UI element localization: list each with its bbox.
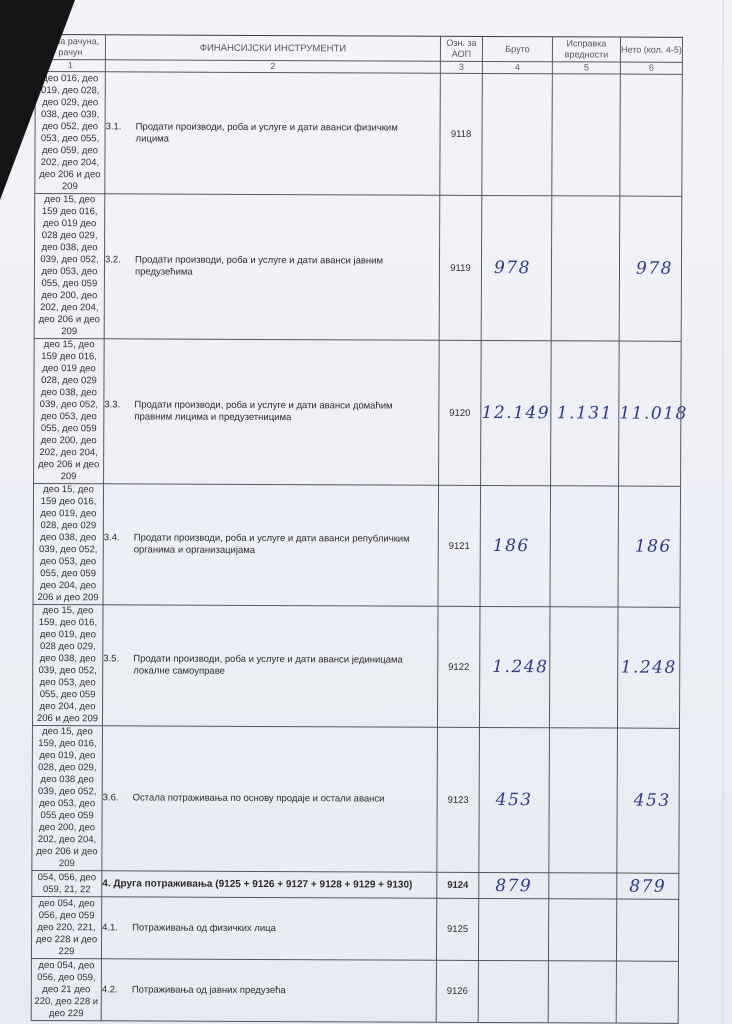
header-financial-instruments: ФИНАНСИЈСКИ ИНСТРУМЕНТИ [105, 35, 440, 61]
header-row: Група рачуна, рачун ФИНАНСИЈСКИ ИНСТРУМЕ… [35, 35, 682, 63]
account-cell: део 15, део 159 део 016, део 019 део 028… [34, 338, 105, 483]
table-row: део 15, део 159 део 016, део 019, део 02… [33, 483, 681, 607]
description-cell: 3.3.Продати производи, роба и услуге и д… [104, 339, 440, 485]
neto-cell[interactable]: 11.018 [619, 341, 682, 486]
neto-cell[interactable]: 186 [618, 486, 681, 607]
description-cell: 4. Друга потраживања (9125 + 9126 + 9127… [102, 871, 437, 898]
neto-cell[interactable] [616, 899, 678, 961]
table-row: део 016, део 019, део 028, део 029, део … [35, 72, 683, 197]
page-edge [722, 0, 724, 1024]
item-label: Продати производи, роба и услуге и дати … [133, 653, 428, 678]
neto-cell[interactable]: 1.248 [617, 607, 680, 728]
item-label: Продати производи, роба и услуге и дати … [134, 532, 429, 557]
aop-cell: 9118 [440, 73, 483, 195]
bruto-cell[interactable]: 12.149 [481, 340, 552, 485]
header-neto: Нето (кол. 4-5) [620, 37, 682, 62]
financial-instruments-table: Група рачуна, рачун ФИНАНСИЈСКИ ИНСТРУМЕ… [31, 34, 683, 1024]
neto-cell[interactable] [620, 74, 683, 196]
ispravka-cell[interactable] [548, 961, 616, 1023]
ispravka-cell[interactable]: 1.131 [551, 341, 620, 486]
header-aop: Озн. за АОП [440, 36, 482, 61]
aop-cell: 9125 [436, 898, 478, 960]
item-number: 3.1. [106, 121, 136, 133]
table-row-total: 054, 056, део 059, 21, 22 4. Друга потра… [32, 870, 679, 899]
account-cell: део 15, део 159, део 016, део 019, део 0… [32, 604, 103, 725]
bruto-cell[interactable]: 1.248 [479, 606, 550, 727]
description-cell: 3.2.Продати производи, роба и услуге и д… [104, 194, 440, 340]
ispravka-cell[interactable] [552, 74, 621, 196]
item-label: Продати производи, роба и услуге и дати … [136, 121, 431, 146]
column-number: 3 [440, 61, 482, 73]
aop-cell: 9121 [438, 485, 481, 606]
bruto-cell[interactable] [478, 960, 548, 1022]
description-cell: 3.1.Продати производи, роба и услуге и д… [105, 72, 441, 195]
ispravka-cell[interactable] [549, 873, 617, 899]
ispravka-cell[interactable] [548, 899, 616, 961]
aop-cell: 9126 [436, 960, 478, 1022]
bruto-cell[interactable]: 879 [479, 872, 549, 898]
item-label: Потраживања од јавних предузећа [132, 984, 427, 997]
item-number: 4.2. [102, 984, 132, 996]
account-cell: део 15, део 159, део 016, део 019, део 0… [32, 725, 103, 870]
item-number: 3.4. [104, 532, 134, 544]
bruto-cell[interactable]: 453 [479, 727, 550, 872]
table-row: део 054, део 056, део 059 део 220, 221, … [31, 896, 678, 961]
table-row: део 054, део 056, део 059, део 21 део 22… [31, 958, 678, 1023]
neto-cell[interactable]: 978 [619, 196, 682, 341]
description-cell: 4.1.Потраживања од физичких лица [101, 897, 436, 960]
account-cell: део 054, део 056, део 059, део 21 део 22… [31, 958, 101, 1020]
aop-cell: 9124 [437, 872, 479, 898]
header-bruto: Бруто [482, 36, 552, 61]
ispravka-cell[interactable] [549, 728, 618, 873]
item-label: Продати производи, роба и услуге и дати … [134, 399, 429, 424]
neto-cell[interactable] [616, 961, 678, 1023]
item-number: 3.5. [103, 653, 133, 665]
column-number: 6 [620, 62, 682, 74]
header-ispravka: Исправка вредности [552, 37, 620, 62]
item-number: 3.2. [105, 254, 135, 266]
column-number: 4 [482, 61, 552, 73]
table-row: део 15, део 159 део 016, део 019 део 028… [34, 338, 682, 486]
item-label: Остала потраживања по основу продаје и о… [133, 792, 428, 805]
account-cell: део 15, део 159 део 016, део 019 део 028… [34, 194, 105, 339]
item-label: Продати производи, роба и услуге и дати … [135, 254, 430, 279]
bruto-cell[interactable] [478, 898, 548, 960]
scan-corner-shadow [0, 0, 75, 200]
item-label: Потраживања од физичких лица [132, 922, 427, 935]
ispravka-cell[interactable] [551, 196, 620, 341]
item-number: 3.3. [104, 399, 134, 411]
item-number: 4.1. [102, 922, 132, 934]
item-number: 3.6. [103, 792, 133, 804]
description-cell: 3.4.Продати производи, роба и услуге и д… [103, 484, 439, 606]
aop-cell: 9123 [437, 727, 480, 872]
bruto-cell[interactable]: 978 [481, 195, 552, 340]
neto-cell[interactable]: 879 [617, 873, 679, 899]
table-row: део 15, део 159, део 016, део 019, део 0… [32, 604, 680, 728]
description-cell: 3.5.Продати производи, роба и услуге и д… [102, 605, 438, 727]
account-cell: део 054, део 056, део 059 део 220, 221, … [31, 896, 101, 958]
aop-cell: 9122 [437, 606, 480, 727]
scanned-page: Група рачуна, рачун ФИНАНСИЈСКИ ИНСТРУМЕ… [0, 0, 732, 1024]
table-row: део 15, део 159 део 016, део 019 део 028… [34, 194, 682, 342]
table-row: део 15, део 159, део 016, део 019, део 0… [32, 725, 680, 873]
description-cell: 3.6.Остала потраживања по основу продаје… [102, 726, 438, 872]
description-cell: 4.2.Потраживања од јавних предузећа [101, 959, 436, 1022]
neto-cell[interactable]: 453 [617, 728, 680, 873]
account-cell: 054, 056, део 059, 21, 22 [32, 870, 102, 896]
bruto-cell[interactable] [482, 73, 553, 195]
aop-cell: 9119 [439, 195, 482, 340]
ispravka-cell[interactable] [550, 486, 619, 607]
column-number: 5 [552, 62, 620, 74]
bruto-cell[interactable]: 186 [480, 485, 551, 606]
account-cell: део 15, део 159 део 016, део 019, део 02… [33, 483, 104, 604]
ispravka-cell[interactable] [549, 607, 618, 728]
aop-cell: 9120 [439, 340, 482, 485]
